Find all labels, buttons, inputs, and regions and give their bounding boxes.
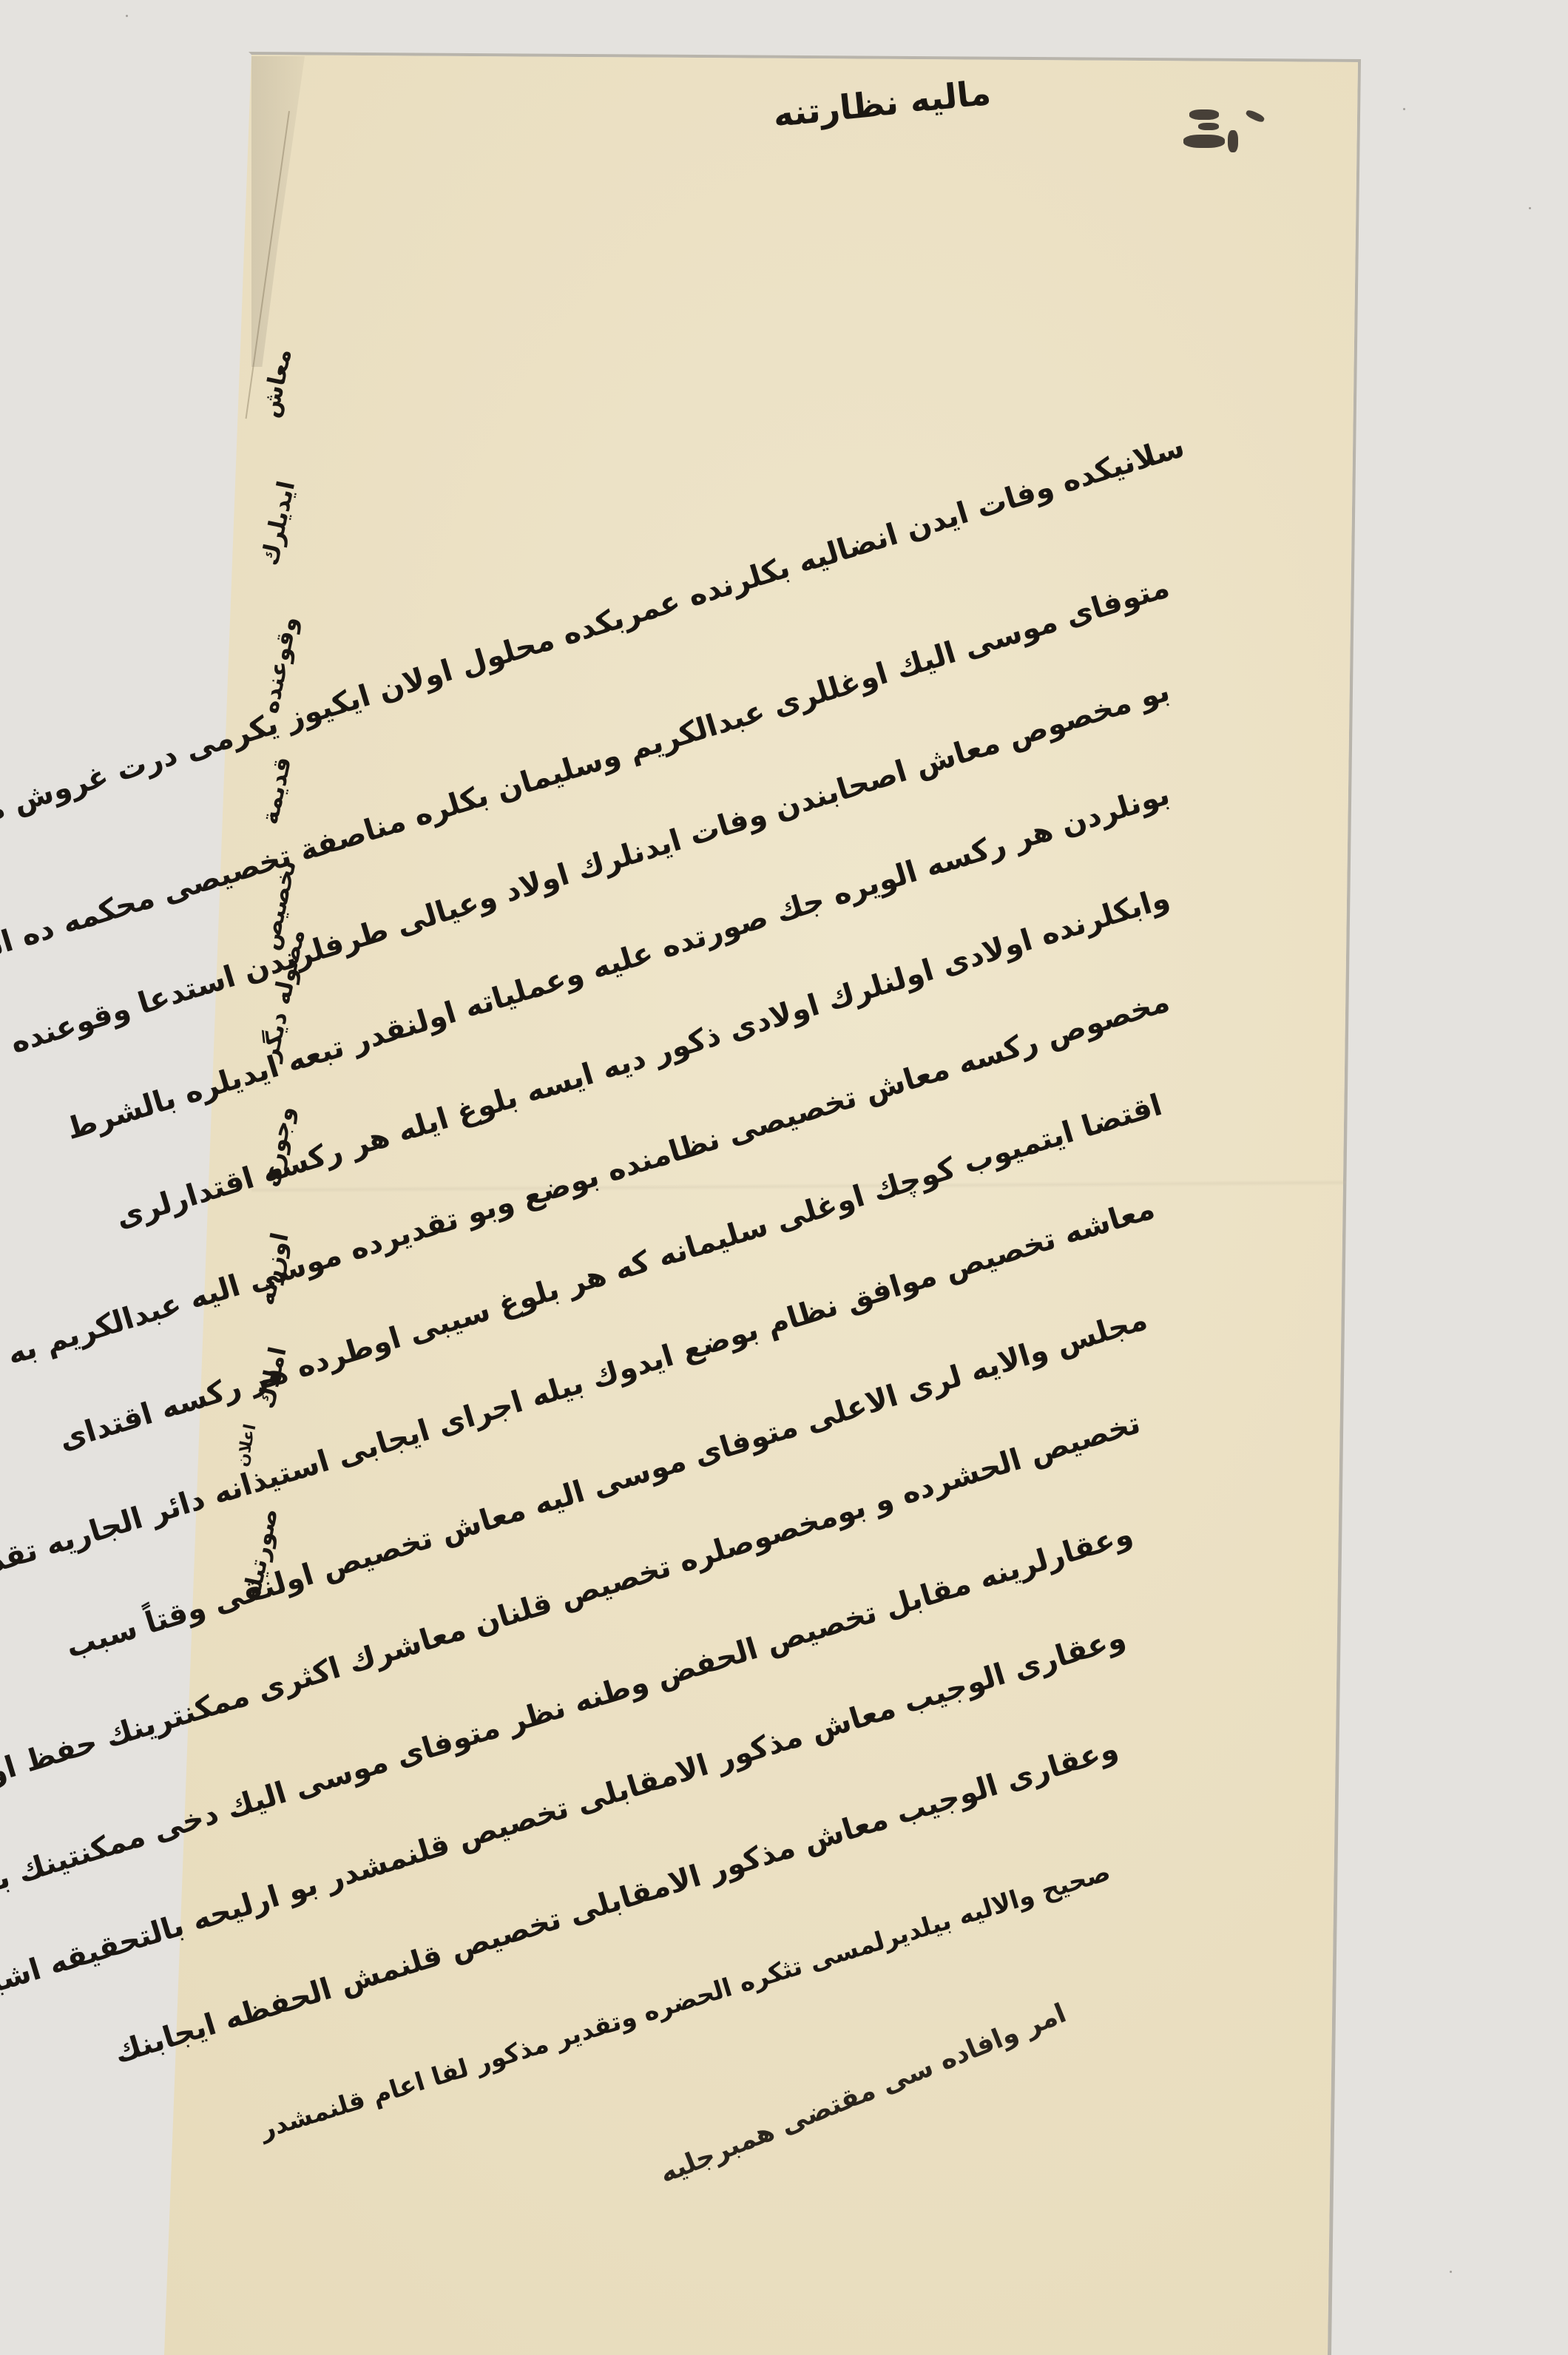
background-speck [1529,207,1531,209]
background-speck [1450,2271,1452,2273]
background-speck [126,15,128,17]
ink-stamp-mark [1183,104,1272,155]
background-speck [1403,108,1405,110]
document-viewer: { "document": { "type": "Ottoman Turkish… [0,0,1568,2355]
